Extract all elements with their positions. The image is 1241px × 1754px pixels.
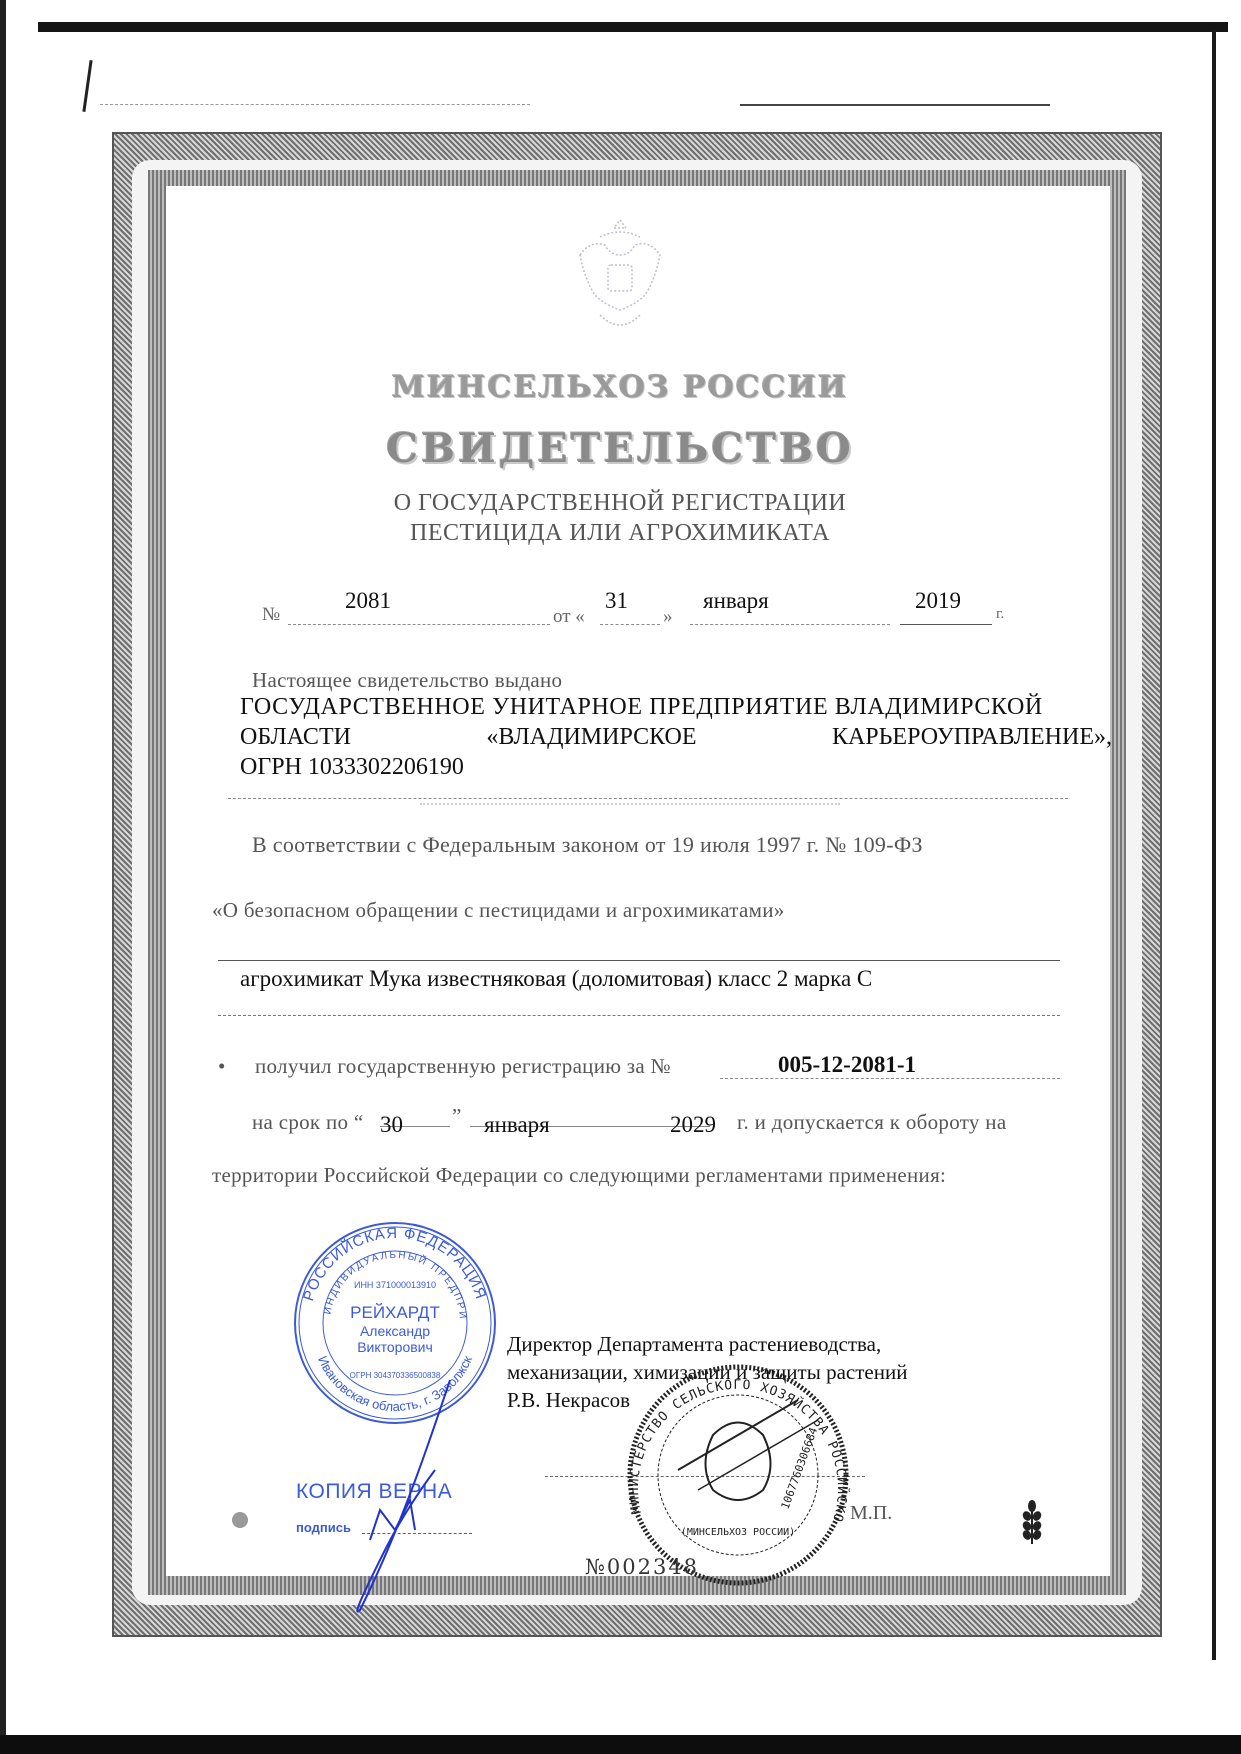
certificate-month: января [703, 588, 769, 614]
date-close-quote: » [663, 606, 673, 628]
blue-seal-inn: ИНН 371000013910 [354, 1280, 436, 1290]
certificate-number: 2081 [345, 588, 391, 614]
year-field-line [900, 624, 992, 625]
term-month: января [484, 1112, 550, 1138]
issuer-line-2-part-1: ОБЛАСТИ [240, 722, 351, 752]
issuer-line-1: ГОСУДАРСТВЕННОЕ УНИТАРНОЕ ПРЕДПРИЯТИЕ ВЛ… [240, 692, 1112, 722]
product-line-top [218, 960, 1060, 961]
issuer-line-2-part-2: «ВЛАДИМИРСКОЕ [486, 722, 696, 752]
certificate-year: 2019 [915, 588, 961, 614]
product-name: агрохимикат Мука известняковая (доломито… [240, 966, 872, 992]
certificate-day: 31 [605, 588, 628, 614]
punch-hole-mark [232, 1512, 248, 1528]
coat-of-arms-icon [570, 215, 670, 340]
term-suffix: г. и допускается к обороту на [737, 1110, 1006, 1135]
term-year: 2029 [670, 1112, 716, 1138]
issued-to-label: Настоящее свидетельство выдано [252, 668, 562, 693]
svg-text:РОССИЙСКАЯ ФЕДЕРАЦИЯ: РОССИЙСКАЯ ФЕДЕРАЦИЯ [300, 1225, 489, 1303]
registration-number: 005-12-2081-1 [778, 1052, 916, 1078]
ministry-heading: МИНСЕЛЬХОЗ РОССИИ [300, 370, 940, 405]
number-field-line [288, 624, 550, 625]
month-field-line [690, 624, 890, 625]
ministry-seal-code: 1067760306684 [779, 1425, 821, 1511]
law-title: «О безопасном обращении с пестицидами и … [212, 898, 785, 923]
scan-edge-left [0, 0, 6, 1754]
issuer-line-2: ОБЛАСТИ «ВЛАДИМИРСКОЕ КАРЬЕРОУПРАВЛЕНИЕ»… [240, 722, 1112, 752]
day-field-line [600, 624, 660, 625]
territory-text: территории Российской Федерации со следу… [212, 1163, 946, 1188]
scan-edge-bottom [0, 1735, 1241, 1754]
issuer-block: ГОСУДАРСТВЕННОЕ УНИТАРНОЕ ПРЕДПРИЯТИЕ ВЛ… [240, 692, 1112, 782]
issuer-ogrn: ОГРН 1033302206190 [240, 752, 1112, 782]
signatory-line-1: Директор Департамента растениеводства, [507, 1330, 907, 1358]
wheat-icon [1020, 1500, 1044, 1546]
law-reference: В соответствии с Федеральным законом от … [252, 832, 923, 858]
subtitle-line-2: ПЕСТИЦИДА ИЛИ АГРОХИМИКАТА [300, 518, 940, 548]
blue-seal-name-1: РЕЙХАРДТ [350, 1303, 440, 1322]
handwritten-signature [340, 1380, 480, 1620]
date-from-label: от « [553, 606, 585, 628]
year-suffix: г. [996, 606, 1004, 623]
document-title: СВИДЕТЕЛЬСТВО [300, 425, 940, 472]
scan-edge-top [38, 22, 1228, 32]
seal-place-label: М.П. [850, 1502, 892, 1525]
pen-mark [82, 60, 92, 112]
registration-bullet: • [218, 1054, 226, 1079]
issuer-line-2-part-3: КАРЬЕРОУПРАВЛЕНИЕ», [832, 722, 1112, 752]
reg-number-line [720, 1078, 1060, 1079]
ministry-seal-inner: (МИНСЕЛЬХОЗ РОССИИ) [681, 1527, 795, 1538]
blue-seal-outer-top: РОССИЙСКАЯ ФЕДЕРАЦИЯ [300, 1225, 489, 1303]
number-label: № [262, 604, 280, 626]
blue-seal-ogrn: ОГРН 304370336500838 [350, 1371, 441, 1380]
field-caption-faint [420, 803, 840, 811]
top-rule-left [100, 104, 530, 105]
term-day: 30 [380, 1112, 403, 1138]
term-quote: ” [452, 1104, 462, 1129]
blue-seal-name-3: Викторович [357, 1339, 433, 1355]
form-serial-number: №002348 [585, 1555, 699, 1579]
blue-seal-name-2: Александр [360, 1323, 430, 1339]
scan-edge-right [1212, 30, 1216, 1660]
document-subtitle: О ГОСУДАРСТВЕННОЙ РЕГИСТРАЦИИ ПЕСТИЦИДА … [300, 488, 940, 548]
registration-label: получил государственную регистрацию за № [255, 1054, 671, 1079]
subtitle-line-1: О ГОСУДАРСТВЕННОЙ РЕГИСТРАЦИИ [300, 488, 940, 518]
term-label: на срок по “ [252, 1110, 364, 1135]
top-rule-right [740, 104, 1050, 106]
issuer-field-line [228, 798, 1068, 799]
product-line-bottom [218, 1015, 1060, 1016]
